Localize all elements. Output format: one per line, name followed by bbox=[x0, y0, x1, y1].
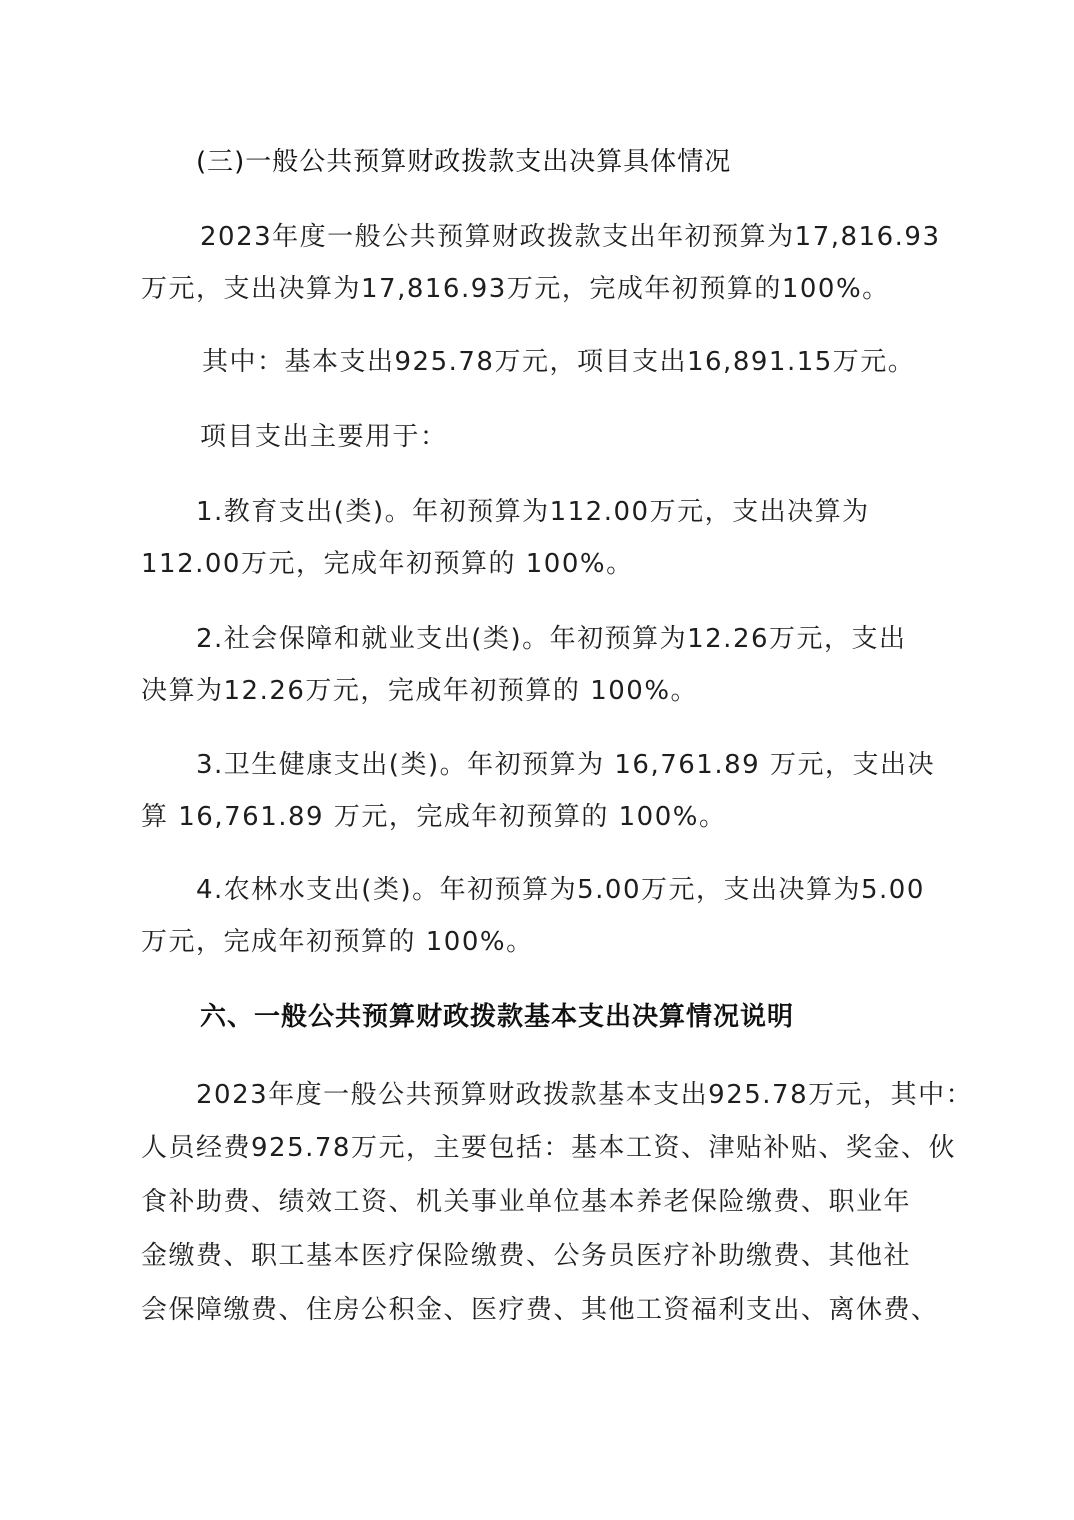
subsection-heading: (三)一般公共预算财政拨款支出决算具体情况 bbox=[196, 145, 731, 179]
section-heading: 六、一般公共预算财政拨款基本支出决算情况说明 bbox=[200, 1000, 794, 1034]
breakdown-paragraph: 其中：基本支出925.78万元，项目支出16,891.15万元。 bbox=[202, 345, 915, 379]
basic-expense-line-5: 会保障缴费、住房公积金、医疗费、其他工资福利支出、离休费、 bbox=[141, 1293, 939, 1327]
item-education-line-1: 1.教育支出(类)。年初预算为112.00万元，支出决算为 bbox=[196, 495, 870, 529]
basic-expense-line-1: 2023年度一般公共预算财政拨款基本支出925.78万元，其中： bbox=[196, 1078, 973, 1112]
summary-line-2: 万元，支出决算为17,816.93万元，完成年初预算的100%。 bbox=[141, 272, 890, 306]
basic-expense-line-4: 金缴费、职工基本医疗保险缴费、公务员医疗补助缴费、其他社 bbox=[141, 1239, 911, 1273]
item-health-line-2: 算 16,761.89 万元，完成年初预算的 100%。 bbox=[141, 800, 726, 834]
item-social-security-line-1: 2.社会保障和就业支出(类)。年初预算为12.26万元，支出 bbox=[196, 622, 907, 656]
item-education-line-2: 112.00万元，完成年初预算的 100%。 bbox=[141, 547, 634, 581]
document-page: (三)一般公共预算财政拨款支出决算具体情况 2023年度一般公共预算财政拨款支出… bbox=[0, 0, 1074, 1520]
item-agriculture-line-2: 万元，完成年初预算的 100%。 bbox=[141, 925, 534, 959]
project-intro: 项目支出主要用于： bbox=[200, 420, 448, 454]
basic-expense-line-3: 食补助费、绩效工资、机关事业单位基本养老保险缴费、职业年 bbox=[141, 1185, 911, 1219]
item-social-security-line-2: 决算为12.26万元，完成年初预算的 100%。 bbox=[141, 674, 698, 708]
basic-expense-line-2: 人员经费925.78万元，主要包括：基本工资、津贴补贴、奖金、伙 bbox=[141, 1131, 956, 1165]
summary-line-1: 2023年度一般公共预算财政拨款支出年初预算为17,816.93 bbox=[200, 220, 941, 254]
item-health-line-1: 3.卫生健康支出(类)。年初预算为 16,761.89 万元，支出决 bbox=[196, 748, 935, 782]
item-agriculture-line-1: 4.农林水支出(类)。年初预算为5.00万元，支出决算为5.00 bbox=[196, 873, 925, 907]
